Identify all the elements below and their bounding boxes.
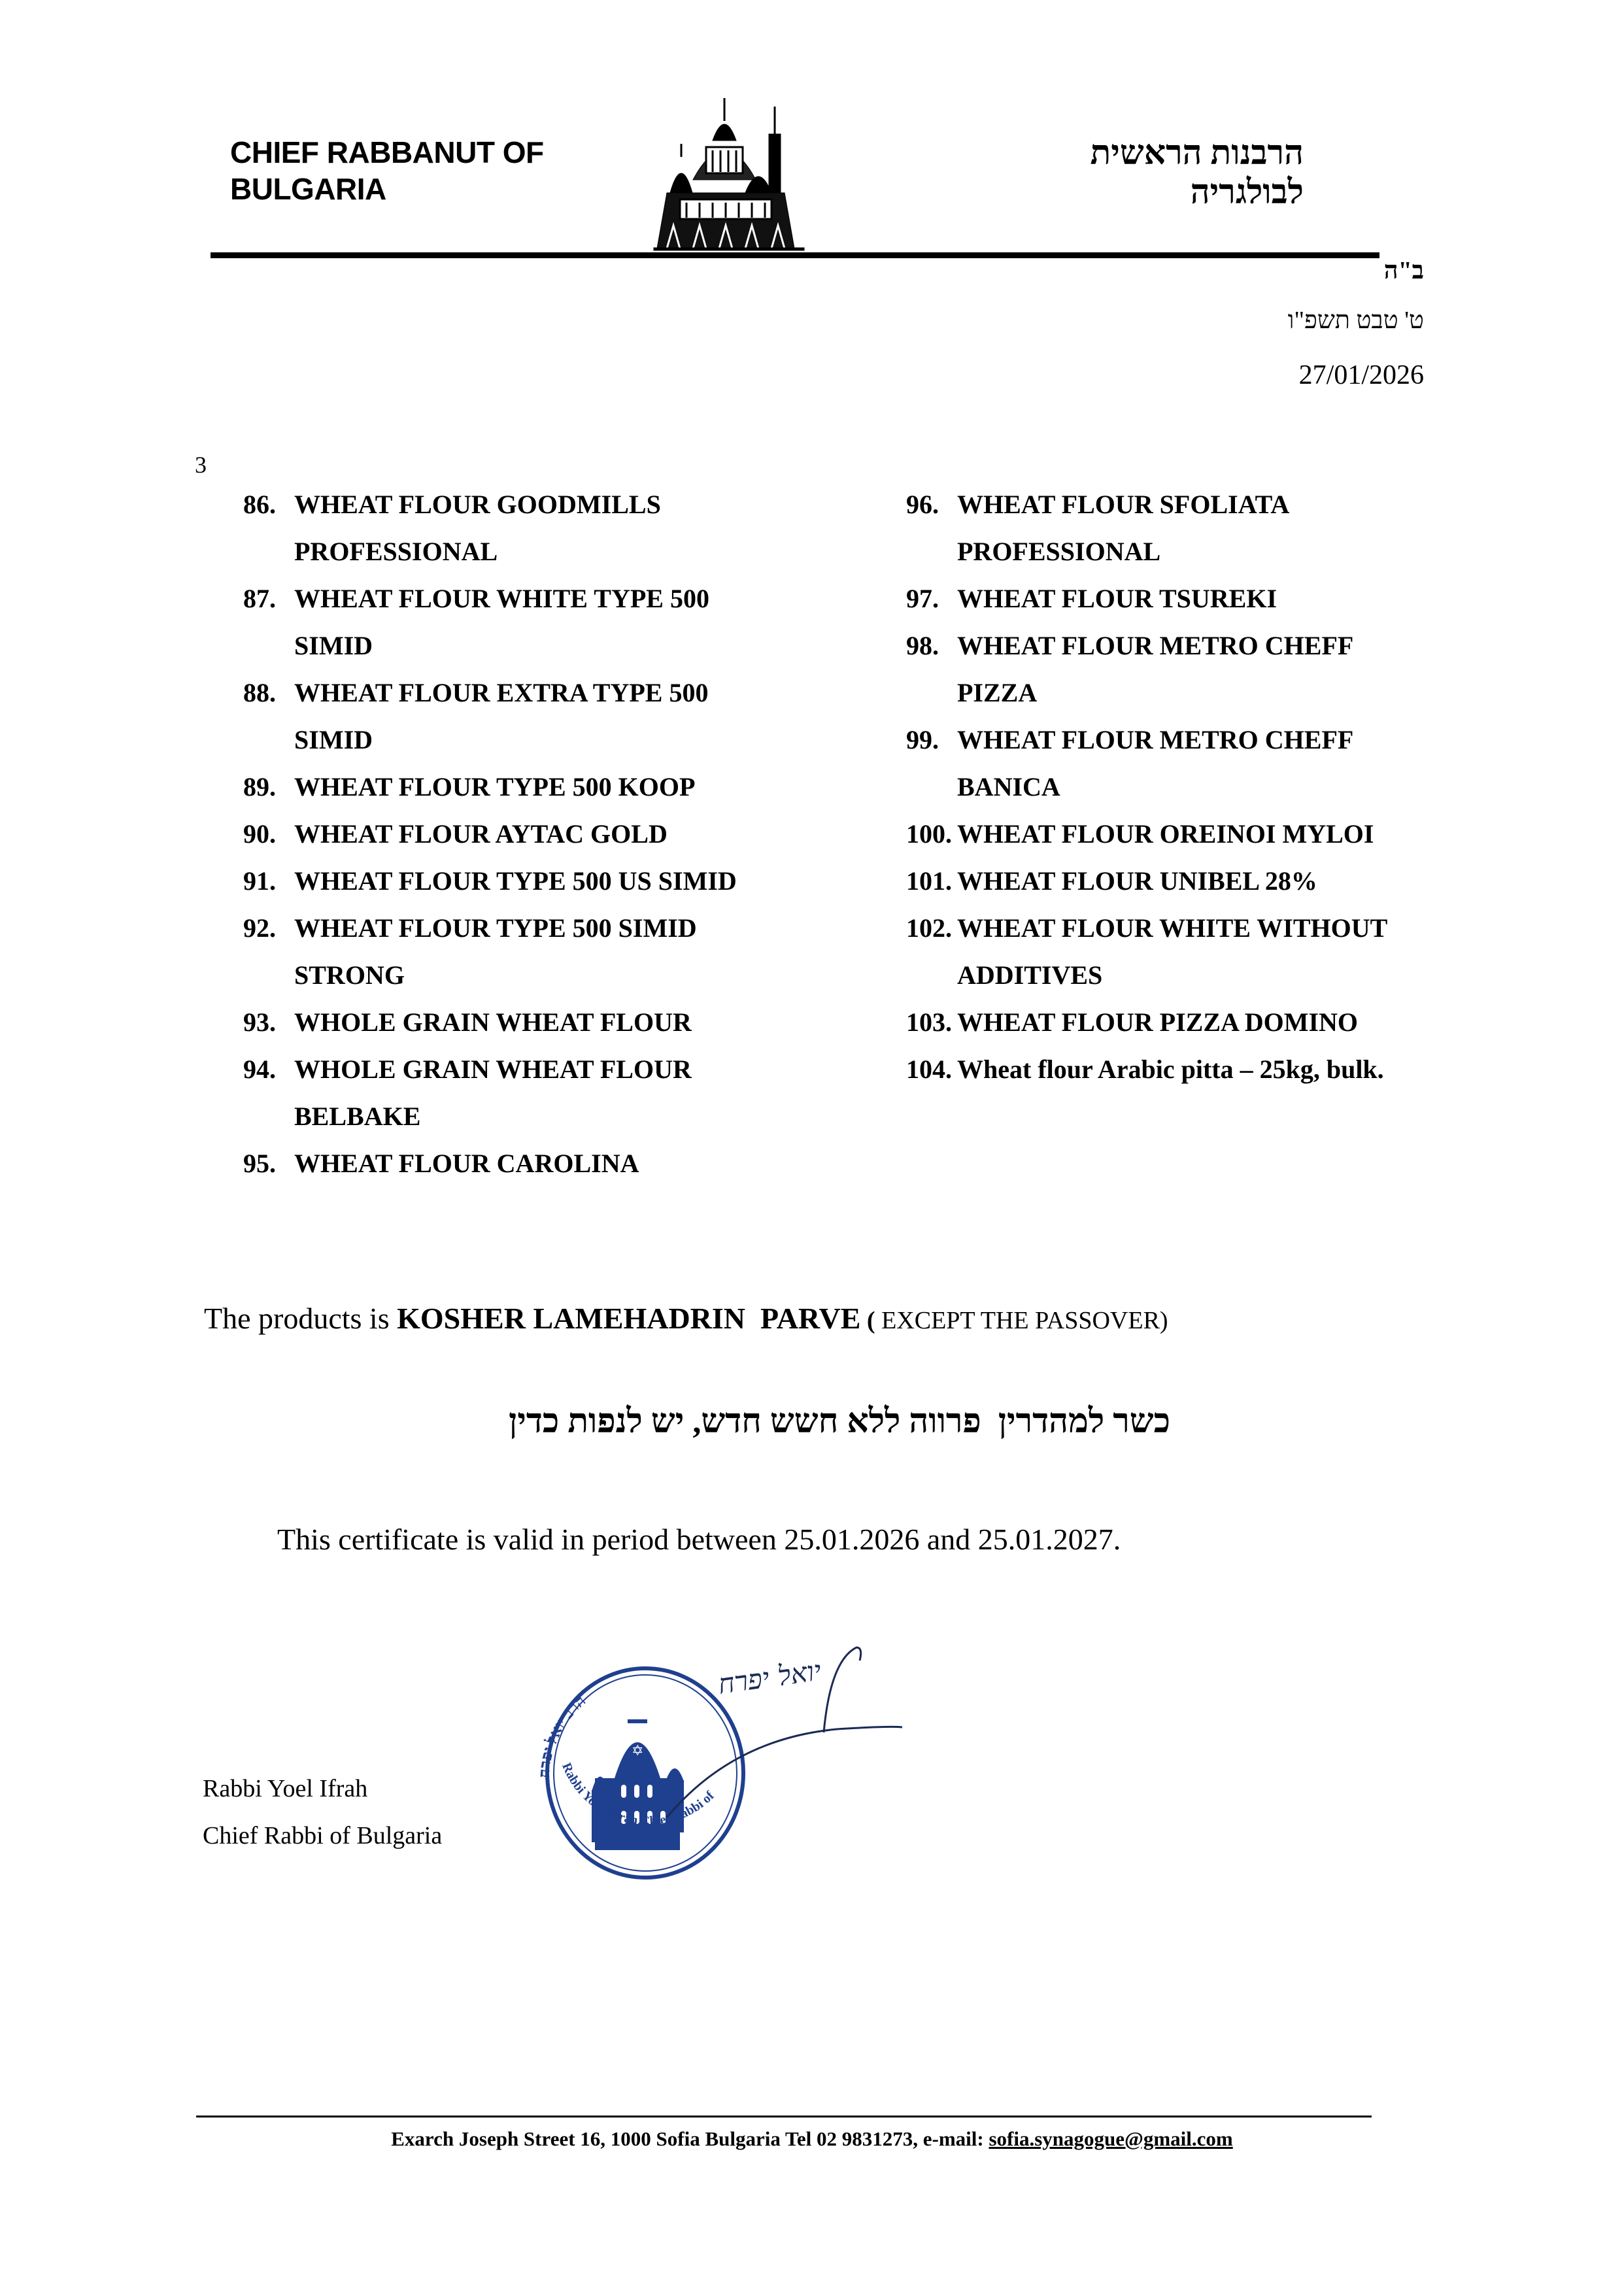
org-name-he-line2: לבולגריה — [1091, 173, 1304, 212]
product-name-line: WHEAT FLOUR GOODMILLS — [294, 481, 832, 528]
product-number: 97. — [906, 575, 957, 622]
product-name: WHEAT FLOUR TSUREKI — [957, 575, 1495, 622]
product-name: WHOLE GRAIN WHEAT FLOUR — [294, 999, 832, 1046]
product-number: 95. — [243, 1140, 294, 1187]
product-name: WHEAT FLOUR GOODMILLSPROFESSIONAL — [294, 481, 832, 575]
product-item: 100.WHEAT FLOUR OREINOI MYLOI — [906, 811, 1495, 858]
product-number: 101. — [906, 858, 957, 905]
footer-divider — [196, 2116, 1372, 2117]
official-stamp-and-signature: ✡ הרב יואל יפרח Rabbi Yoel Yifrah Chief … — [523, 1621, 941, 1896]
product-item: 90.WHEAT FLOUR AYTAC GOLD — [243, 811, 832, 858]
product-item: 97.WHEAT FLOUR TSUREKI — [906, 575, 1495, 622]
synagogue-logo-icon — [647, 95, 837, 252]
product-number: 104. — [906, 1046, 957, 1093]
product-item: 98.WHEAT FLOUR METRO CHEFFPIZZA — [906, 622, 1495, 717]
product-name: WHEAT FLOUR WHITE WITHOUTADDITIVES — [957, 905, 1495, 999]
product-number: 99. — [906, 717, 957, 811]
signature-icon: יואל יפרח — [667, 1647, 902, 1817]
product-name: WHEAT FLOUR TYPE 500 US SIMID — [294, 858, 832, 905]
product-name-line: WHEAT FLOUR UNIBEL 28% — [957, 858, 1495, 905]
product-name-line: WHEAT FLOUR EXTRA TYPE 500 — [294, 669, 832, 717]
product-number: 94. — [243, 1046, 294, 1140]
org-name-hebrew: הרבנות הראשית לבולגריה — [1091, 134, 1304, 212]
product-item: 89.WHEAT FLOUR TYPE 500 KOOP — [243, 764, 832, 811]
kosher-paren: ( — [860, 1307, 881, 1334]
product-item: 102.WHEAT FLOUR WHITE WITHOUTADDITIVES — [906, 905, 1495, 999]
product-item: 88.WHEAT FLOUR EXTRA TYPE 500SIMID — [243, 669, 832, 764]
product-item: 93.WHOLE GRAIN WHEAT FLOUR — [243, 999, 832, 1046]
product-name-line: WHEAT FLOUR TYPE 500 US SIMID — [294, 858, 832, 905]
product-number: 100. — [906, 811, 957, 858]
product-item: 86.WHEAT FLOUR GOODMILLSPROFESSIONAL — [243, 481, 832, 575]
product-number: 91. — [243, 858, 294, 905]
product-number: 98. — [906, 622, 957, 717]
product-name-line: WHOLE GRAIN WHEAT FLOUR — [294, 999, 832, 1046]
signatory-name: Rabbi Yoel Ifrah — [203, 1765, 442, 1812]
product-number: 88. — [243, 669, 294, 764]
org-name-he-line1: הרבנות הראשית — [1091, 134, 1304, 173]
product-name-line: WHEAT FLOUR METRO CHEFF — [957, 622, 1495, 669]
product-name-line: STRONG — [294, 952, 832, 999]
product-name-line: WHOLE GRAIN WHEAT FLOUR — [294, 1046, 832, 1093]
product-name: WHEAT FLOUR UNIBEL 28% — [957, 858, 1495, 905]
product-name-line: PIZZA — [957, 669, 1495, 717]
product-name-line: PROFESSIONAL — [294, 528, 832, 575]
org-name-english: CHIEF RABBANUT OF BULGARIA — [230, 134, 544, 207]
product-name: Wheat flour Arabic pitta – 25kg, bulk. — [957, 1046, 1495, 1093]
signature-text: יואל יפרח — [716, 1654, 823, 1700]
kosher-statement-hebrew: כשר למהדרין פרווה ללא חשש חדש, יש לנפות … — [451, 1402, 1170, 1441]
product-list-left: 86.WHEAT FLOUR GOODMILLSPROFESSIONAL87.W… — [243, 481, 832, 1187]
product-name-line: ADDITIVES — [957, 952, 1495, 999]
product-item: 87.WHEAT FLOUR WHITE TYPE 500SIMID — [243, 575, 832, 669]
org-name-en-line2: BULGARIA — [230, 171, 544, 207]
product-name-line: WHEAT FLOUR PIZZA DOMINO — [957, 999, 1495, 1046]
product-name: WHEAT FLOUR TYPE 500 SIMIDSTRONG — [294, 905, 832, 999]
product-name-line: WHEAT FLOUR TSUREKI — [957, 575, 1495, 622]
product-name-line: PROFESSIONAL — [957, 528, 1495, 575]
product-item: 101.WHEAT FLOUR UNIBEL 28% — [906, 858, 1495, 905]
product-name: WHEAT FLOUR TYPE 500 KOOP — [294, 764, 832, 811]
product-number: 103. — [906, 999, 957, 1046]
product-name: WHEAT FLOUR PIZZA DOMINO — [957, 999, 1495, 1046]
product-name-line: WHEAT FLOUR SFOLIATA — [957, 481, 1495, 528]
product-number: 93. — [243, 999, 294, 1046]
page-number: 3 — [195, 451, 207, 479]
product-name-line: BANICA — [957, 764, 1495, 811]
product-name: WHEAT FLOUR WHITE TYPE 500SIMID — [294, 575, 832, 669]
product-name: WHEAT FLOUR CAROLINA — [294, 1140, 832, 1187]
product-name-line: WHEAT FLOUR TYPE 500 SIMID — [294, 905, 832, 952]
product-name-line: SIMID — [294, 717, 832, 764]
product-number: 92. — [243, 905, 294, 999]
footer-address: Exarch Joseph Street 16, 1000 Sofia Bulg… — [391, 2127, 989, 2150]
product-number: 89. — [243, 764, 294, 811]
product-name-line: SIMID — [294, 622, 832, 669]
header-divider — [211, 252, 1379, 258]
product-name: WHOLE GRAIN WHEAT FLOURBELBAKE — [294, 1046, 832, 1140]
product-name: WHEAT FLOUR AYTAC GOLD — [294, 811, 832, 858]
product-item: 92.WHEAT FLOUR TYPE 500 SIMIDSTRONG — [243, 905, 832, 999]
product-name-line: WHEAT FLOUR OREINOI MYLOI — [957, 811, 1495, 858]
product-name: WHEAT FLOUR SFOLIATAPROFESSIONAL — [957, 481, 1495, 575]
svg-text:✡: ✡ — [632, 1743, 643, 1759]
product-number: 87. — [243, 575, 294, 669]
product-item: 94.WHOLE GRAIN WHEAT FLOURBELBAKE — [243, 1046, 832, 1140]
validity-statement: This certificate is valid in period betw… — [277, 1522, 1121, 1557]
product-name: WHEAT FLOUR EXTRA TYPE 500SIMID — [294, 669, 832, 764]
org-name-en-line1: CHIEF RABBANUT OF — [230, 134, 544, 171]
footer-email-link[interactable]: sofia.synagogue@gmail.com — [989, 2127, 1232, 2150]
signatory: Rabbi Yoel Ifrah Chief Rabbi of Bulgaria — [203, 1765, 442, 1859]
product-number: 90. — [243, 811, 294, 858]
product-name-line: WHEAT FLOUR WHITE TYPE 500 — [294, 575, 832, 622]
product-list-right: 96.WHEAT FLOUR SFOLIATAPROFESSIONAL97.WH… — [906, 481, 1495, 1093]
stamp-icon: ✡ הרב יואל יפרח Rabbi Yoel Yifrah Chief … — [523, 1621, 743, 1878]
footer-contact: Exarch Joseph Street 16, 1000 Sofia Bulg… — [0, 2127, 1624, 2151]
product-item: 103.WHEAT FLOUR PIZZA DOMINO — [906, 999, 1495, 1046]
product-number: 96. — [906, 481, 957, 575]
kosher-status: KOSHER LAMEHADRIN PARVE — [397, 1302, 860, 1335]
product-name-line: WHEAT FLOUR CAROLINA — [294, 1140, 832, 1187]
product-item: 96.WHEAT FLOUR SFOLIATAPROFESSIONAL — [906, 481, 1495, 575]
product-name-line: Wheat flour Arabic pitta – 25kg, bulk. — [957, 1046, 1495, 1093]
product-name-line: WHEAT FLOUR AYTAC GOLD — [294, 811, 832, 858]
product-item: 95.WHEAT FLOUR CAROLINA — [243, 1140, 832, 1187]
product-item: 99.WHEAT FLOUR METRO CHEFFBANICA — [906, 717, 1495, 811]
product-name: WHEAT FLOUR METRO CHEFFPIZZA — [957, 622, 1495, 717]
product-name-line: WHEAT FLOUR WHITE WITHOUT — [957, 905, 1495, 952]
product-item: 91.WHEAT FLOUR TYPE 500 US SIMID — [243, 858, 832, 905]
product-item: 104.Wheat flour Arabic pitta – 25kg, bul… — [906, 1046, 1495, 1093]
product-number: 102. — [906, 905, 957, 999]
gregorian-date: 27/01/2026 — [1299, 360, 1424, 391]
kosher-statement: The products is KOSHER LAMEHADRIN PARVE … — [204, 1301, 1168, 1336]
product-name: WHEAT FLOUR METRO CHEFFBANICA — [957, 717, 1495, 811]
bh-mark: ב"ה — [1384, 256, 1424, 285]
product-name-line: BELBAKE — [294, 1093, 832, 1140]
product-name: WHEAT FLOUR OREINOI MYLOI — [957, 811, 1495, 858]
product-name-line: WHEAT FLOUR TYPE 500 KOOP — [294, 764, 832, 811]
kosher-exception: EXCEPT THE PASSOVER) — [881, 1307, 1168, 1334]
signatory-title: Chief Rabbi of Bulgaria — [203, 1812, 442, 1859]
kosher-prefix: The products is — [204, 1302, 397, 1335]
product-number: 86. — [243, 481, 294, 575]
product-name-line: WHEAT FLOUR METRO CHEFF — [957, 717, 1495, 764]
hebrew-date: ט' טבט תשפ"ו — [1288, 306, 1424, 335]
